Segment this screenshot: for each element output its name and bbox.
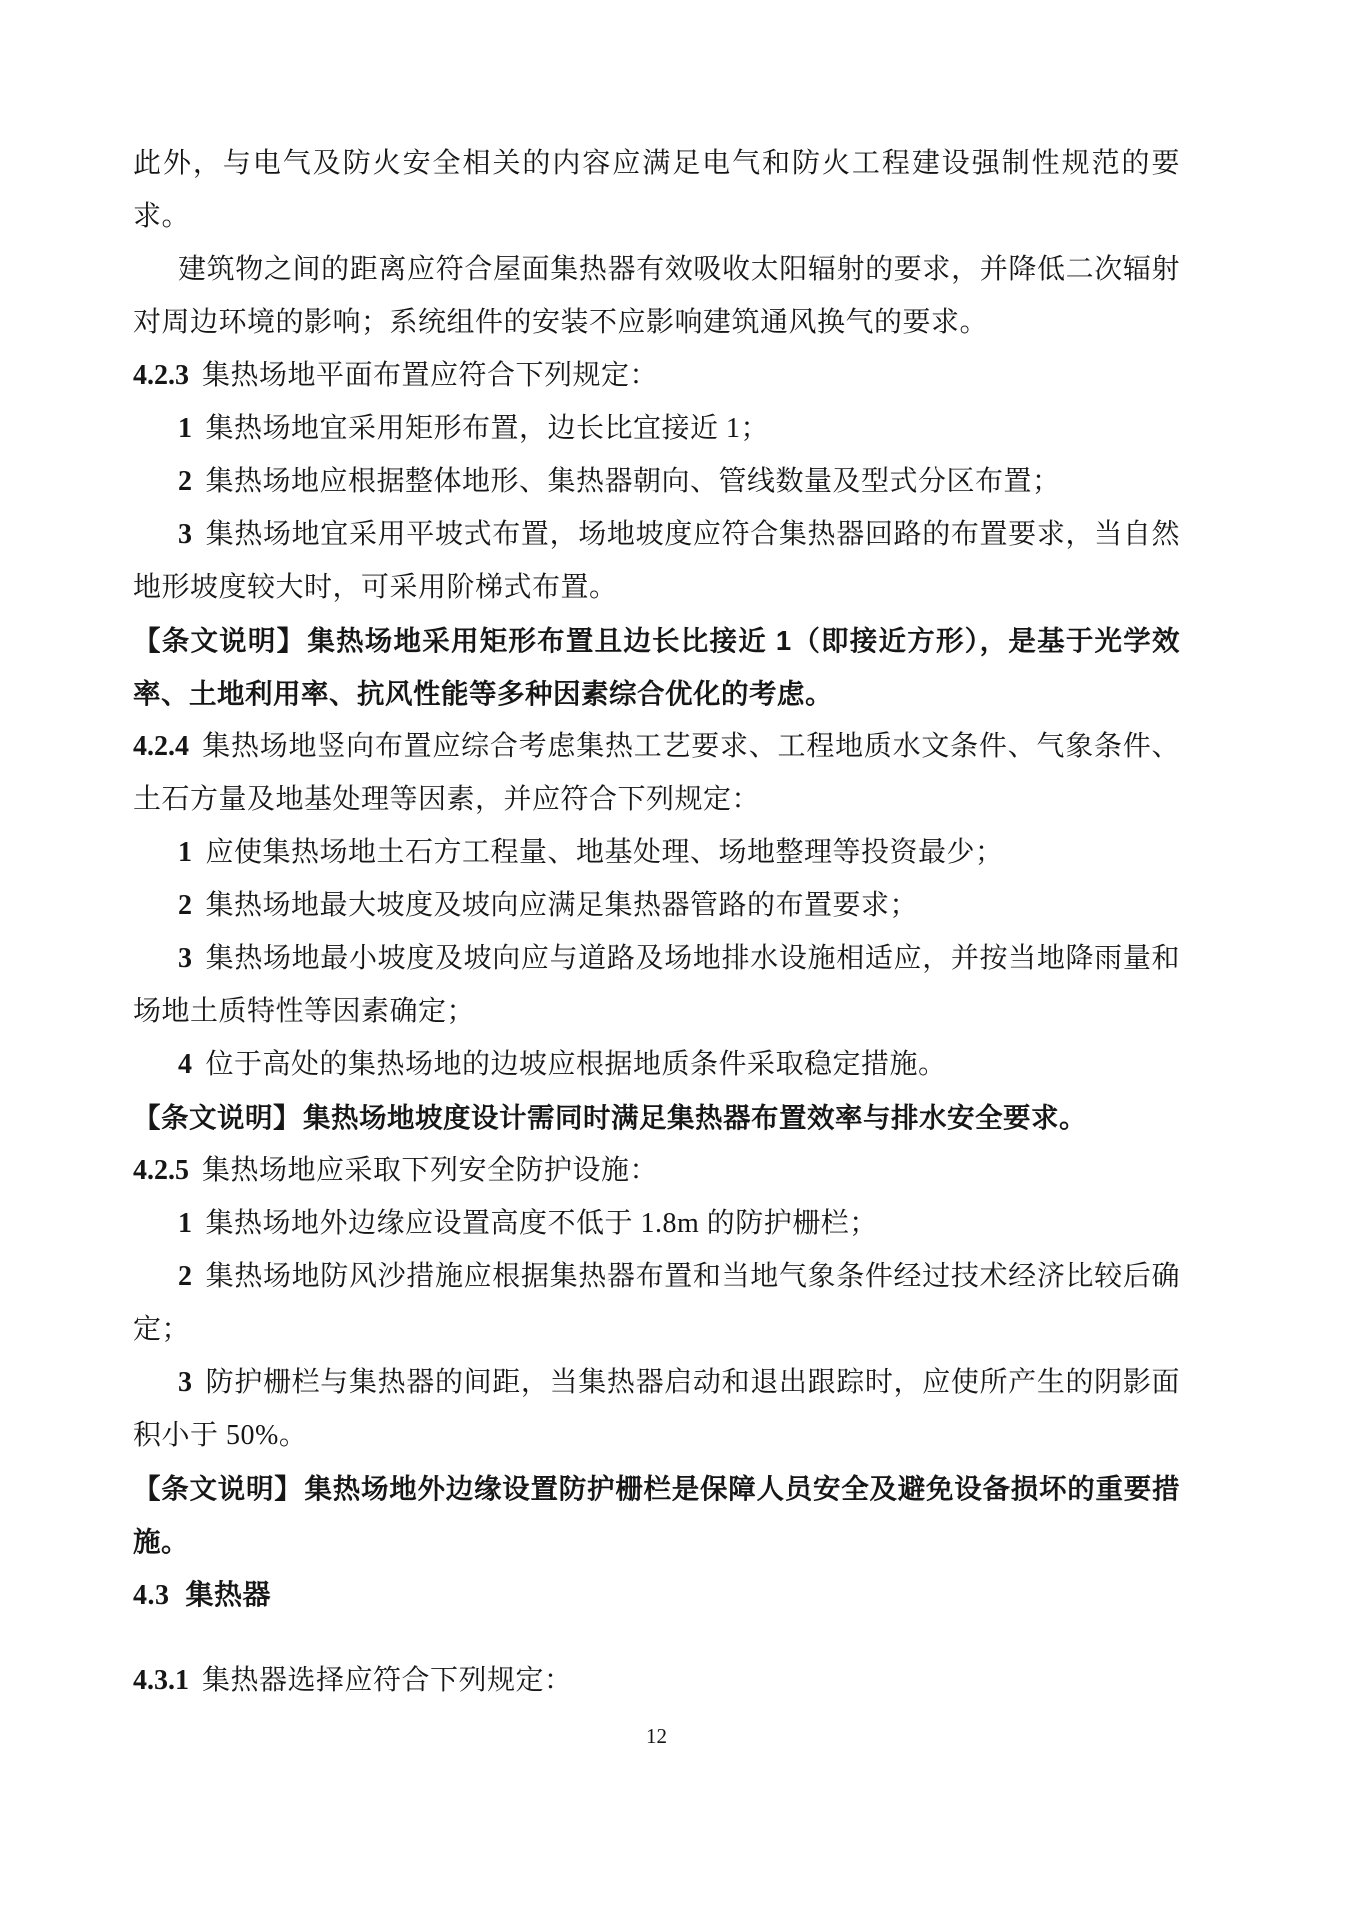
list-item: 2集热场地防风沙措施应根据集热器布置和当地气象条件经过技术经济比较后确定； xyxy=(133,1250,1180,1356)
explanation-note: 【条文说明】集热场地外边缘设置防护栅栏是保障人员安全及避免设备损坏的重要措施。 xyxy=(133,1462,1180,1568)
item-number: 1 xyxy=(178,1208,193,1239)
item-text: 防护栅栏与集热器的间距，当集热器启动和退出跟踪时，应使所产生的阴影面积小于 50… xyxy=(133,1367,1180,1451)
clause-number: 4.2.3 xyxy=(133,360,189,391)
list-item: 2集热场地应根据整体地形、集热器朝向、管线数量及型式分区布置； xyxy=(133,455,1180,508)
document-page: 此外，与电气及防火安全相关的内容应满足电气和防火工程建设强制性规范的要求。 建筑… xyxy=(0,0,1357,1920)
paragraph-text: 此外，与电气及防火安全相关的内容应满足电气和防火工程建设强制性规范的要求。 xyxy=(133,148,1180,232)
note-marker: 【条文说明】 xyxy=(133,625,305,656)
item-text: 集热场地宜采用矩形布置，边长比宜接近 1； xyxy=(206,413,770,444)
paragraph: 建筑物之间的距离应符合屋面集热器有效吸收太阳辐射的要求，并降低二次辐射对周边环境… xyxy=(133,243,1180,349)
clause-text: 集热器选择应符合下列规定： xyxy=(202,1665,573,1696)
item-number: 2 xyxy=(178,466,193,497)
paragraph-text: 建筑物之间的距离应符合屋面集热器有效吸收太阳辐射的要求，并降低二次辐射对周边环境… xyxy=(133,254,1180,338)
item-text: 集热场地应根据整体地形、集热器朝向、管线数量及型式分区布置； xyxy=(206,466,1061,497)
section-heading: 4.3集热器 xyxy=(133,1568,1180,1622)
item-number: 2 xyxy=(178,1261,193,1292)
paragraph-continuation: 此外，与电气及防火安全相关的内容应满足电气和防火工程建设强制性规范的要求。 xyxy=(133,137,1180,243)
clause-text: 集热场地平面布置应符合下列规定： xyxy=(202,360,658,391)
list-item: 1集热场地外边缘应设置高度不低于 1.8m 的防护栅栏； xyxy=(133,1197,1180,1250)
list-item: 1集热场地宜采用矩形布置，边长比宜接近 1； xyxy=(133,402,1180,455)
note-marker: 【条文说明】 xyxy=(133,1473,303,1504)
item-text: 集热场地最大坡度及坡向应满足集热器管路的布置要求； xyxy=(206,890,919,921)
item-number: 1 xyxy=(178,413,193,444)
item-number: 3 xyxy=(178,943,193,974)
list-item: 1应使集热场地土石方工程量、地基处理、场地整理等投资最少； xyxy=(133,826,1180,879)
item-number: 3 xyxy=(178,1367,193,1398)
item-text: 集热场地防风沙措施应根据集热器布置和当地气象条件经过技术经济比较后确定； xyxy=(133,1261,1180,1345)
clause-text: 集热场地应采取下列安全防护设施： xyxy=(202,1155,658,1186)
item-text: 集热场地宜采用平坡式布置，场地坡度应符合集热器回路的布置要求，当自然地形坡度较大… xyxy=(133,519,1180,603)
page-body: 此外，与电气及防火安全相关的内容应满足电气和防火工程建设强制性规范的要求。 建筑… xyxy=(133,137,1180,1751)
clause-text: 集热场地竖向布置应综合考虑集热工艺要求、工程地质水文条件、气象条件、土石方量及地… xyxy=(133,731,1180,815)
item-text: 应使集热场地土石方工程量、地基处理、场地整理等投资最少； xyxy=(206,837,1004,868)
clause-number: 4.2.4 xyxy=(133,731,189,762)
item-text: 集热场地外边缘应设置高度不低于 1.8m 的防护栅栏； xyxy=(206,1208,878,1239)
explanation-note: 【条文说明】集热场地坡度设计需同时满足集热器布置效率与排水安全要求。 xyxy=(133,1091,1180,1144)
explanation-note: 【条文说明】集热场地采用矩形布置且边长比接近 1（即接近方形），是基于光学效率、… xyxy=(133,614,1180,720)
item-text: 位于高处的集热场地的边坡应根据地质条件采取稳定措施。 xyxy=(206,1049,947,1080)
clause-4-2-5: 4.2.5集热场地应采取下列安全防护设施： xyxy=(133,1144,1180,1197)
section-heading-title: 集热器 xyxy=(186,1579,272,1610)
clause-number: 4.3.1 xyxy=(133,1665,189,1696)
item-number: 3 xyxy=(178,519,193,550)
section-heading-number: 4.3 xyxy=(133,1580,170,1611)
clause-4-2-4: 4.2.4集热场地竖向布置应综合考虑集热工艺要求、工程地质水文条件、气象条件、土… xyxy=(133,720,1180,826)
item-number: 2 xyxy=(178,890,193,921)
item-number: 4 xyxy=(178,1049,193,1080)
clause-4-3-1: 4.3.1集热器选择应符合下列规定： xyxy=(133,1654,1180,1707)
page-number-text: 12 xyxy=(646,1724,667,1748)
item-number: 1 xyxy=(178,837,193,868)
list-item: 3集热场地宜采用平坡式布置，场地坡度应符合集热器回路的布置要求，当自然地形坡度较… xyxy=(133,508,1180,614)
page-number: 12 xyxy=(133,1721,1180,1751)
list-item: 3防护栅栏与集热器的间距，当集热器启动和退出跟踪时，应使所产生的阴影面积小于 5… xyxy=(133,1356,1180,1462)
item-text: 集热场地最小坡度及坡向应与道路及场地排水设施相适应，并按当地降雨量和场地土质特性… xyxy=(133,943,1180,1027)
note-marker: 【条文说明】 xyxy=(133,1102,301,1133)
list-item: 3集热场地最小坡度及坡向应与道路及场地排水设施相适应，并按当地降雨量和场地土质特… xyxy=(133,932,1180,1038)
list-item: 2集热场地最大坡度及坡向应满足集热器管路的布置要求； xyxy=(133,879,1180,932)
clause-4-2-3: 4.2.3集热场地平面布置应符合下列规定： xyxy=(133,349,1180,402)
list-item: 4位于高处的集热场地的边坡应根据地质条件采取稳定措施。 xyxy=(133,1038,1180,1091)
note-text: 集热场地坡度设计需同时满足集热器布置效率与排水安全要求。 xyxy=(303,1102,1087,1133)
clause-number: 4.2.5 xyxy=(133,1155,189,1186)
